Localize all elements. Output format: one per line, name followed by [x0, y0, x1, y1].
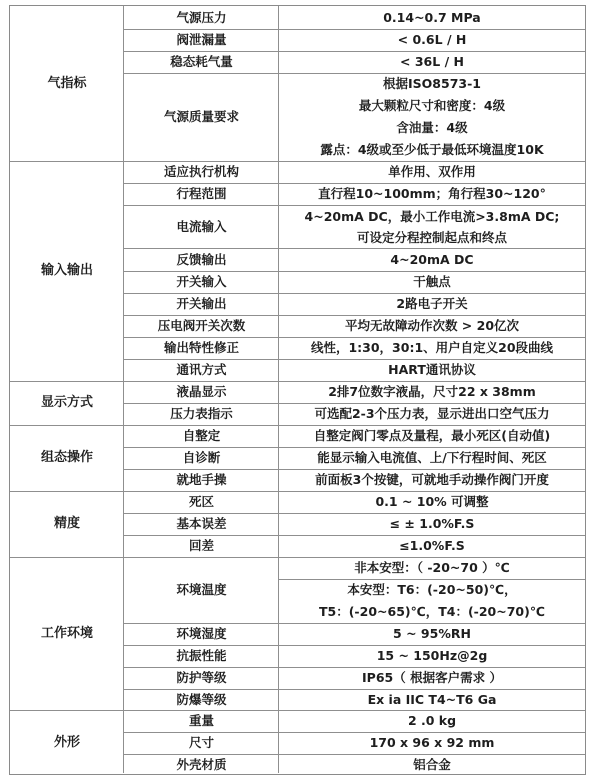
label-text: 尺寸: [189, 732, 214, 754]
value-text: 可选配2-3个压力表，显示进出口空气压力: [314, 403, 549, 425]
spec-label: 自诊断: [124, 447, 279, 469]
spec-label: 重量: [124, 710, 279, 732]
spec-value: 线性，1:30，30:1、用户自定义20段曲线: [279, 337, 585, 359]
group-cell-shape: 外形: [10, 710, 124, 776]
value-text: HART通讯协议: [388, 359, 476, 381]
group-cell-io: 输入输出: [10, 161, 124, 381]
spec-value: 可选配2-3个压力表，显示进出口空气压力: [279, 403, 585, 425]
value-text: 单作用、双作用: [388, 161, 476, 183]
spec-label: 自整定: [124, 425, 279, 447]
label-text: 稳态耗气量: [170, 51, 233, 73]
value-text: < 36L / H: [400, 51, 464, 73]
label-text: 自诊断: [183, 447, 221, 469]
label-text: 回差: [189, 535, 214, 557]
spec-value: 本安型：T6：(-20~50)℃， T5：(-20~65)℃，T4：(-20~7…: [279, 579, 585, 623]
spec-value: 5 ~ 95%RH: [279, 623, 585, 645]
spec-label: 开关输入: [124, 271, 279, 293]
value-text: 2路电子开关: [396, 293, 467, 315]
spec-label: 回差: [124, 535, 279, 557]
spec-label: 尺寸: [124, 732, 279, 754]
value-text: 0.1 ~ 10% 可调整: [375, 491, 488, 513]
label-text: 开关输出: [176, 293, 226, 315]
spec-value: 干触点: [279, 271, 585, 293]
label-text: 气源质量要求: [164, 106, 239, 128]
spec-value: 2排7位数字液晶，尺寸22 x 38mm: [279, 381, 585, 403]
label-text: 防爆等级: [176, 689, 226, 711]
label-text: 外壳材质: [176, 754, 226, 776]
spec-label: 环境温度: [124, 557, 279, 623]
label-text: 自整定: [183, 425, 221, 447]
spec-label: 压力表指示: [124, 403, 279, 425]
spec-value: 4~20mA DC: [279, 248, 585, 271]
spec-value: 2路电子开关: [279, 293, 585, 315]
group-label: 外形: [54, 732, 80, 754]
value-text: 平均无故障动作次数 > 20亿次: [345, 315, 519, 337]
spec-label: 气源压力: [124, 6, 279, 29]
value-text: 5 ~ 95%RH: [393, 623, 471, 645]
spec-value: 非本安型：（ -20~70 ）℃: [279, 557, 585, 579]
label-text: 抗振性能: [176, 645, 226, 667]
label-text: 气源压力: [176, 7, 226, 29]
spec-value: 单作用、双作用: [279, 161, 585, 183]
spec-value: 170 x 96 x 92 mm: [279, 732, 585, 754]
group-cell-accuracy: 精度: [10, 491, 124, 557]
value-text: 4~20mA DC，最小工作电流>3.8mA DC;: [305, 206, 560, 227]
value-text: 2 .0 kg: [408, 710, 456, 732]
group-label: 输入输出: [41, 260, 93, 282]
spec-table: 气指标 输入输出 显示方式 组态操作 精度 工作环境 外形 气源压力 0.14~…: [9, 5, 586, 775]
label-text: 反馈输出: [176, 249, 226, 271]
spec-value: 能显示输入电流值、上/下行程时间、死区: [279, 447, 585, 469]
group-label: 气指标: [47, 73, 86, 95]
spec-label: 抗振性能: [124, 645, 279, 667]
label-text: 防护等级: [176, 667, 226, 689]
value-text: 前面板3个按键，可就地手动操作阀门开度: [315, 469, 549, 491]
value-text: 15 ~ 150Hz@2g: [377, 645, 488, 667]
label-text: 环境湿度: [176, 623, 226, 645]
value-text: 干触点: [413, 271, 451, 293]
spec-label: 稳态耗气量: [124, 51, 279, 73]
spec-label: 反馈输出: [124, 248, 279, 271]
label-text: 重量: [189, 710, 214, 732]
spec-label: 防护等级: [124, 667, 279, 689]
label-text: 行程范围: [176, 183, 226, 205]
group-cell-config: 组态操作: [10, 425, 124, 491]
label-text: 阀泄漏量: [176, 29, 226, 51]
value-text: 最大颗粒尺寸和密度：4级: [359, 95, 505, 117]
label-text: 压力表指示: [170, 403, 233, 425]
spec-value: 4~20mA DC，最小工作电流>3.8mA DC; 可设定分程控制起点和终点: [279, 205, 585, 248]
spec-label: 压电阀开关次数: [124, 315, 279, 337]
spec-value: 铝合金: [279, 754, 585, 776]
group-cell-environment: 工作环境: [10, 557, 124, 710]
value-text: 本安型：T6：(-20~50)℃，: [347, 579, 516, 601]
spec-value: ≤ ± 1.0%F.S: [279, 513, 585, 535]
label-text: 基本误差: [176, 513, 226, 535]
group-cell-display: 显示方式: [10, 381, 124, 425]
value-text: Ex ia IIC T4~T6 Ga: [368, 689, 497, 711]
value-text: 非本安型：（ -20~70 ）℃: [354, 557, 510, 579]
spec-label: 输出特性修正: [124, 337, 279, 359]
spec-value: 0.14~0.7 MPa: [279, 6, 585, 29]
value-text: ≤ ± 1.0%F.S: [390, 513, 475, 535]
spec-value: < 0.6L / H: [279, 29, 585, 51]
value-text: 4~20mA DC: [390, 249, 473, 271]
spec-label: 气源质量要求: [124, 73, 279, 161]
label-text: 开关输入: [176, 271, 226, 293]
spec-value: Ex ia IIC T4~T6 Ga: [279, 689, 585, 710]
label-text: 适应执行机构: [164, 161, 239, 183]
label-text: 输出特性修正: [164, 337, 239, 359]
spec-label: 电流输入: [124, 205, 279, 248]
spec-label: 开关输出: [124, 293, 279, 315]
spec-label: 死区: [124, 491, 279, 513]
value-text: 直行程10~100mm；角行程30~120°: [318, 183, 546, 205]
value-text: 露点：4级或至少低于最低环境温度10K: [320, 139, 543, 161]
spec-label: 阀泄漏量: [124, 29, 279, 51]
spec-value: ≤1.0%F.S: [279, 535, 585, 557]
spec-value: 15 ~ 150Hz@2g: [279, 645, 585, 667]
spec-label: 外壳材质: [124, 754, 279, 776]
spec-label: 通讯方式: [124, 359, 279, 381]
value-text: IP65（ 根据客户需求 ）: [362, 667, 502, 689]
spec-value: 前面板3个按键，可就地手动操作阀门开度: [279, 469, 585, 491]
spec-value: 平均无故障动作次数 > 20亿次: [279, 315, 585, 337]
label-text: 通讯方式: [176, 359, 226, 381]
group-label: 精度: [54, 513, 80, 535]
value-text: 根据ISO8573-1: [383, 73, 481, 95]
spec-value: IP65（ 根据客户需求 ）: [279, 667, 585, 689]
spec-value: 0.1 ~ 10% 可调整: [279, 491, 585, 513]
value-text: T5：(-20~65)℃，T4：(-20~70)℃: [319, 601, 545, 623]
spec-value: 直行程10~100mm；角行程30~120°: [279, 183, 585, 205]
label-text: 死区: [189, 491, 214, 513]
label-text: 液晶显示: [176, 381, 226, 403]
value-text: 自整定阀门零点及量程，最小死区(自动值): [314, 425, 550, 447]
spec-label: 基本误差: [124, 513, 279, 535]
value-text: 170 x 96 x 92 mm: [370, 732, 495, 754]
value-text: ≤1.0%F.S: [399, 535, 465, 557]
spec-value: 根据ISO8573-1 最大颗粒尺寸和密度：4级 含油量：4级 露点：4级或至少…: [279, 73, 585, 161]
spec-value: < 36L / H: [279, 51, 585, 73]
label-text: 电流输入: [176, 216, 226, 238]
label-text: 就地手操: [176, 469, 226, 491]
label-text: 压电阀开关次数: [158, 315, 246, 337]
spec-label: 液晶显示: [124, 381, 279, 403]
value-text: 0.14~0.7 MPa: [383, 7, 481, 29]
spec-value: 自整定阀门零点及量程，最小死区(自动值): [279, 425, 585, 447]
group-label: 显示方式: [41, 392, 93, 414]
value-text: 铝合金: [413, 754, 451, 776]
label-text: 环境温度: [176, 579, 226, 601]
value-text: 可设定分程控制起点和终点: [357, 227, 507, 248]
spec-label: 行程范围: [124, 183, 279, 205]
group-label: 工作环境: [41, 623, 93, 645]
value-text: < 0.6L / H: [398, 29, 467, 51]
spec-label: 防爆等级: [124, 689, 279, 710]
spec-value: HART通讯协议: [279, 359, 585, 381]
spec-label: 环境湿度: [124, 623, 279, 645]
value-text: 含油量：4级: [396, 117, 467, 139]
value-text: 线性，1:30，30:1、用户自定义20段曲线: [311, 337, 553, 359]
spec-value: 2 .0 kg: [279, 710, 585, 732]
group-cell-air: 气指标: [10, 6, 124, 161]
spec-label: 适应执行机构: [124, 161, 279, 183]
value-text: 2排7位数字液晶，尺寸22 x 38mm: [328, 381, 536, 403]
value-text: 能显示输入电流值、上/下行程时间、死区: [317, 447, 547, 469]
group-label: 组态操作: [41, 447, 93, 469]
spec-label: 就地手操: [124, 469, 279, 491]
